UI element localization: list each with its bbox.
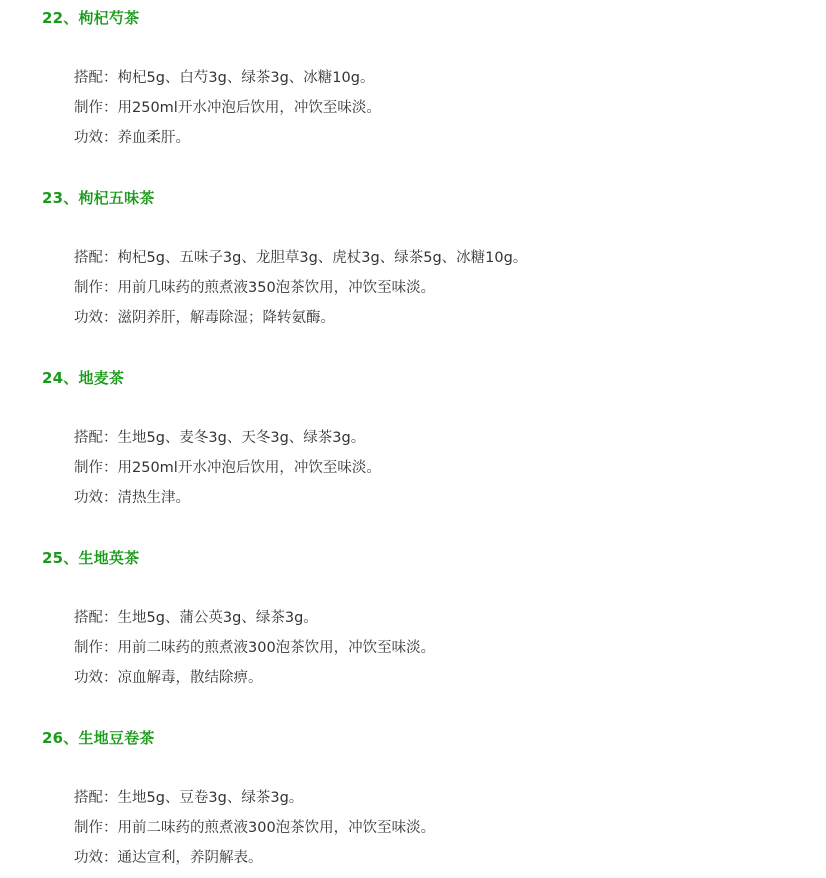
recipe-preparation: 制作：用250ml开水冲泡后饮用，冲饮至味淡。 (74, 458, 381, 478)
recipe-title: 26、生地豆卷茶 (42, 728, 154, 748)
recipe-preparation: 制作：用250ml开水冲泡后饮用，冲饮至味淡。 (74, 98, 381, 118)
recipe-title: 24、地麦茶 (42, 368, 124, 388)
recipe-effect: 功效：养血柔肝。 (74, 128, 190, 148)
recipe-title: 23、枸杞五味茶 (42, 188, 154, 208)
recipe-effect: 功效：凉血解毒，散结除痹。 (74, 668, 263, 688)
recipe-effect: 功效：滋阴养肝，解毒除湿；降转氨酶。 (74, 308, 335, 328)
recipe-effect: 功效：清热生津。 (74, 488, 190, 508)
recipe-preparation: 制作：用前几味药的煎煮液350泡茶饮用，冲饮至味淡。 (74, 278, 435, 298)
recipe-preparation: 制作：用前二味药的煎煮液300泡茶饮用，冲饮至味淡。 (74, 818, 435, 838)
recipe-effect: 功效：通达宣利，养阴解表。 (74, 848, 263, 868)
recipe-ingredients: 搭配：生地5g、蒲公英3g、绿茶3g。 (74, 608, 318, 628)
recipe-title: 22、枸杞芍茶 (42, 8, 139, 28)
recipe-title: 25、生地英茶 (42, 548, 139, 568)
recipe-ingredients: 搭配：生地5g、豆卷3g、绿茶3g。 (74, 788, 303, 808)
recipe-ingredients: 搭配：枸杞5g、五味子3g、龙胆草3g、虎杖3g、绿茶5g、冰糖10g。 (74, 248, 527, 268)
recipe-ingredients: 搭配：枸杞5g、白芍3g、绿茶3g、冰糖10g。 (74, 68, 374, 88)
recipe-ingredients: 搭配：生地5g、麦冬3g、天冬3g、绿茶3g。 (74, 428, 365, 448)
recipe-preparation: 制作：用前二味药的煎煮液300泡茶饮用，冲饮至味淡。 (74, 638, 435, 658)
